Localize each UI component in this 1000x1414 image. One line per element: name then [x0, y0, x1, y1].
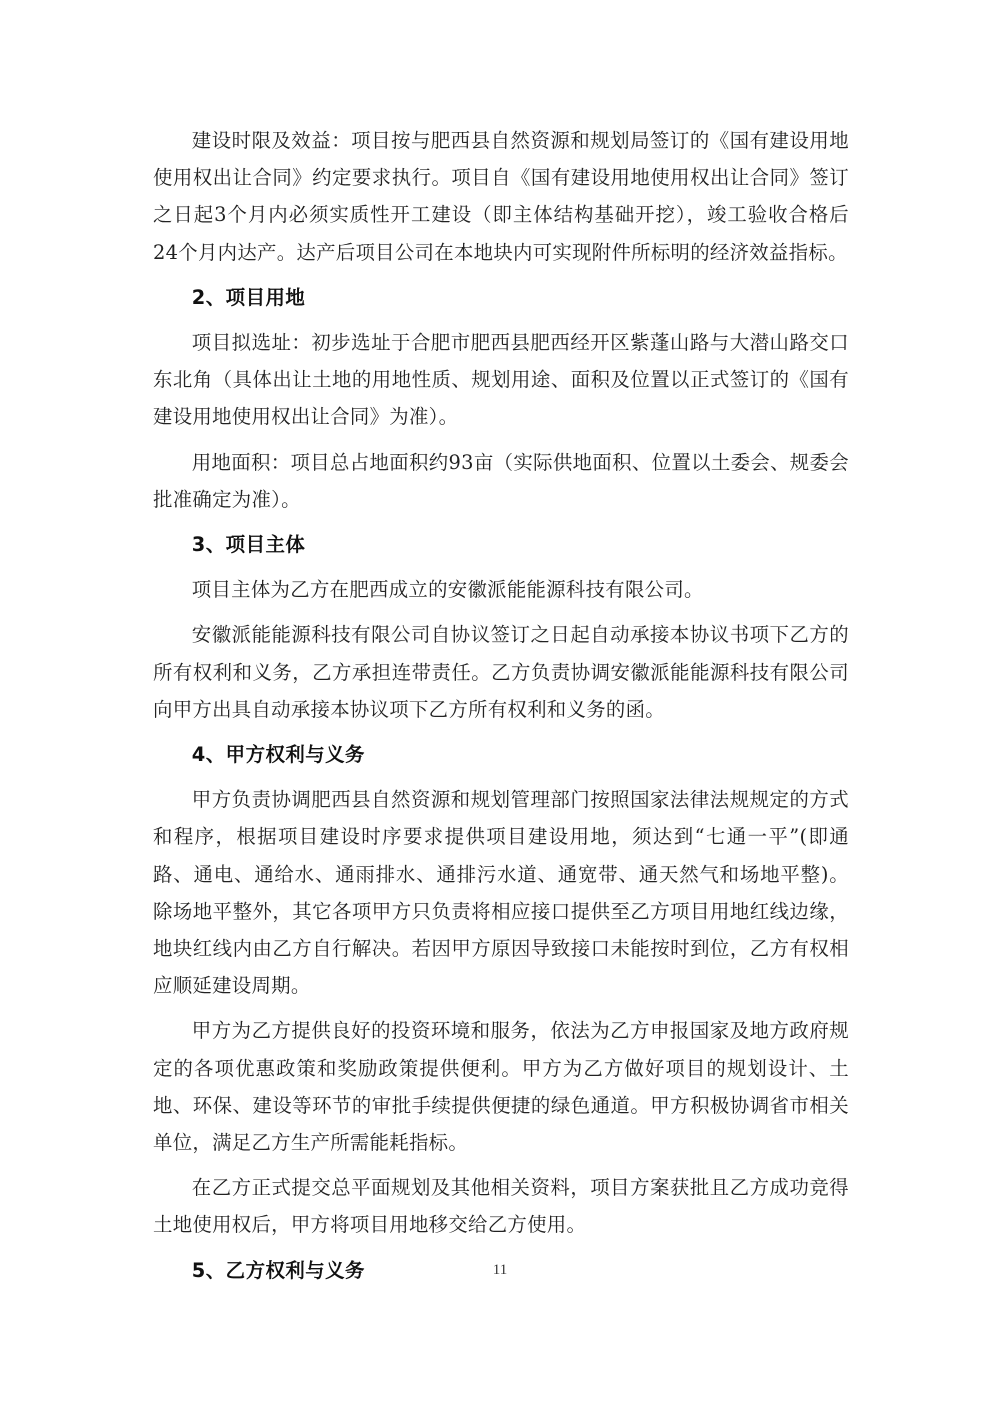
paragraph-construction-timeline: 建设时限及效益：项目按与肥西县自然资源和规划局签订的《国有建设用地使用权出让合同…	[153, 122, 849, 271]
spacer	[153, 1161, 849, 1169]
spacer	[153, 518, 849, 526]
paragraph-entity-obligations: 安徽派能能源科技有限公司自协议签订之日起自动承接本协议书项下乙方的所有权利和义务…	[153, 616, 849, 728]
spacer	[153, 1244, 849, 1252]
paragraph-land-handover: 在乙方正式提交总平面规划及其他相关资料，项目方案获批且乙方成功竞得土地使用权后，…	[153, 1169, 849, 1243]
spacer	[153, 1004, 849, 1012]
paragraph-party-a-land-supply: 甲方负责协调肥西县自然资源和规划管理部门按照国家法律法规规定的方式和程序，根据项…	[153, 781, 849, 1004]
document-page: 建设时限及效益：项目按与肥西县自然资源和规划局签订的《国有建设用地使用权出让合同…	[0, 0, 1000, 1414]
heading-party-a-rights: 4、甲方权利与义务	[153, 736, 849, 773]
heading-project-entity: 3、项目主体	[153, 526, 849, 563]
spacer	[153, 608, 849, 616]
spacer	[153, 436, 849, 444]
spacer	[153, 563, 849, 571]
paragraph-land-area: 用地面积：项目总占地面积约93亩（实际供地面积、位置以土委会、规委会批准确定为准…	[153, 444, 849, 518]
paragraph-project-entity: 项目主体为乙方在肥西成立的安徽派能能源科技有限公司。	[153, 571, 849, 608]
paragraph-project-site: 项目拟选址：初步选址于合肥市肥西县肥西经开区紫蓬山路与大潜山路交口东北角（具体出…	[153, 324, 849, 436]
heading-project-land: 2、项目用地	[153, 279, 849, 316]
spacer	[153, 271, 849, 279]
document-body: 建设时限及效益：项目按与肥西县自然资源和规划局签订的《国有建设用地使用权出让合同…	[153, 122, 849, 1289]
spacer	[153, 728, 849, 736]
spacer	[153, 316, 849, 324]
spacer	[153, 773, 849, 781]
paragraph-party-a-services: 甲方为乙方提供良好的投资环境和服务，依法为乙方申报国家及地方政府规定的各项优惠政…	[153, 1012, 849, 1161]
page-number: 11	[0, 1262, 1000, 1279]
